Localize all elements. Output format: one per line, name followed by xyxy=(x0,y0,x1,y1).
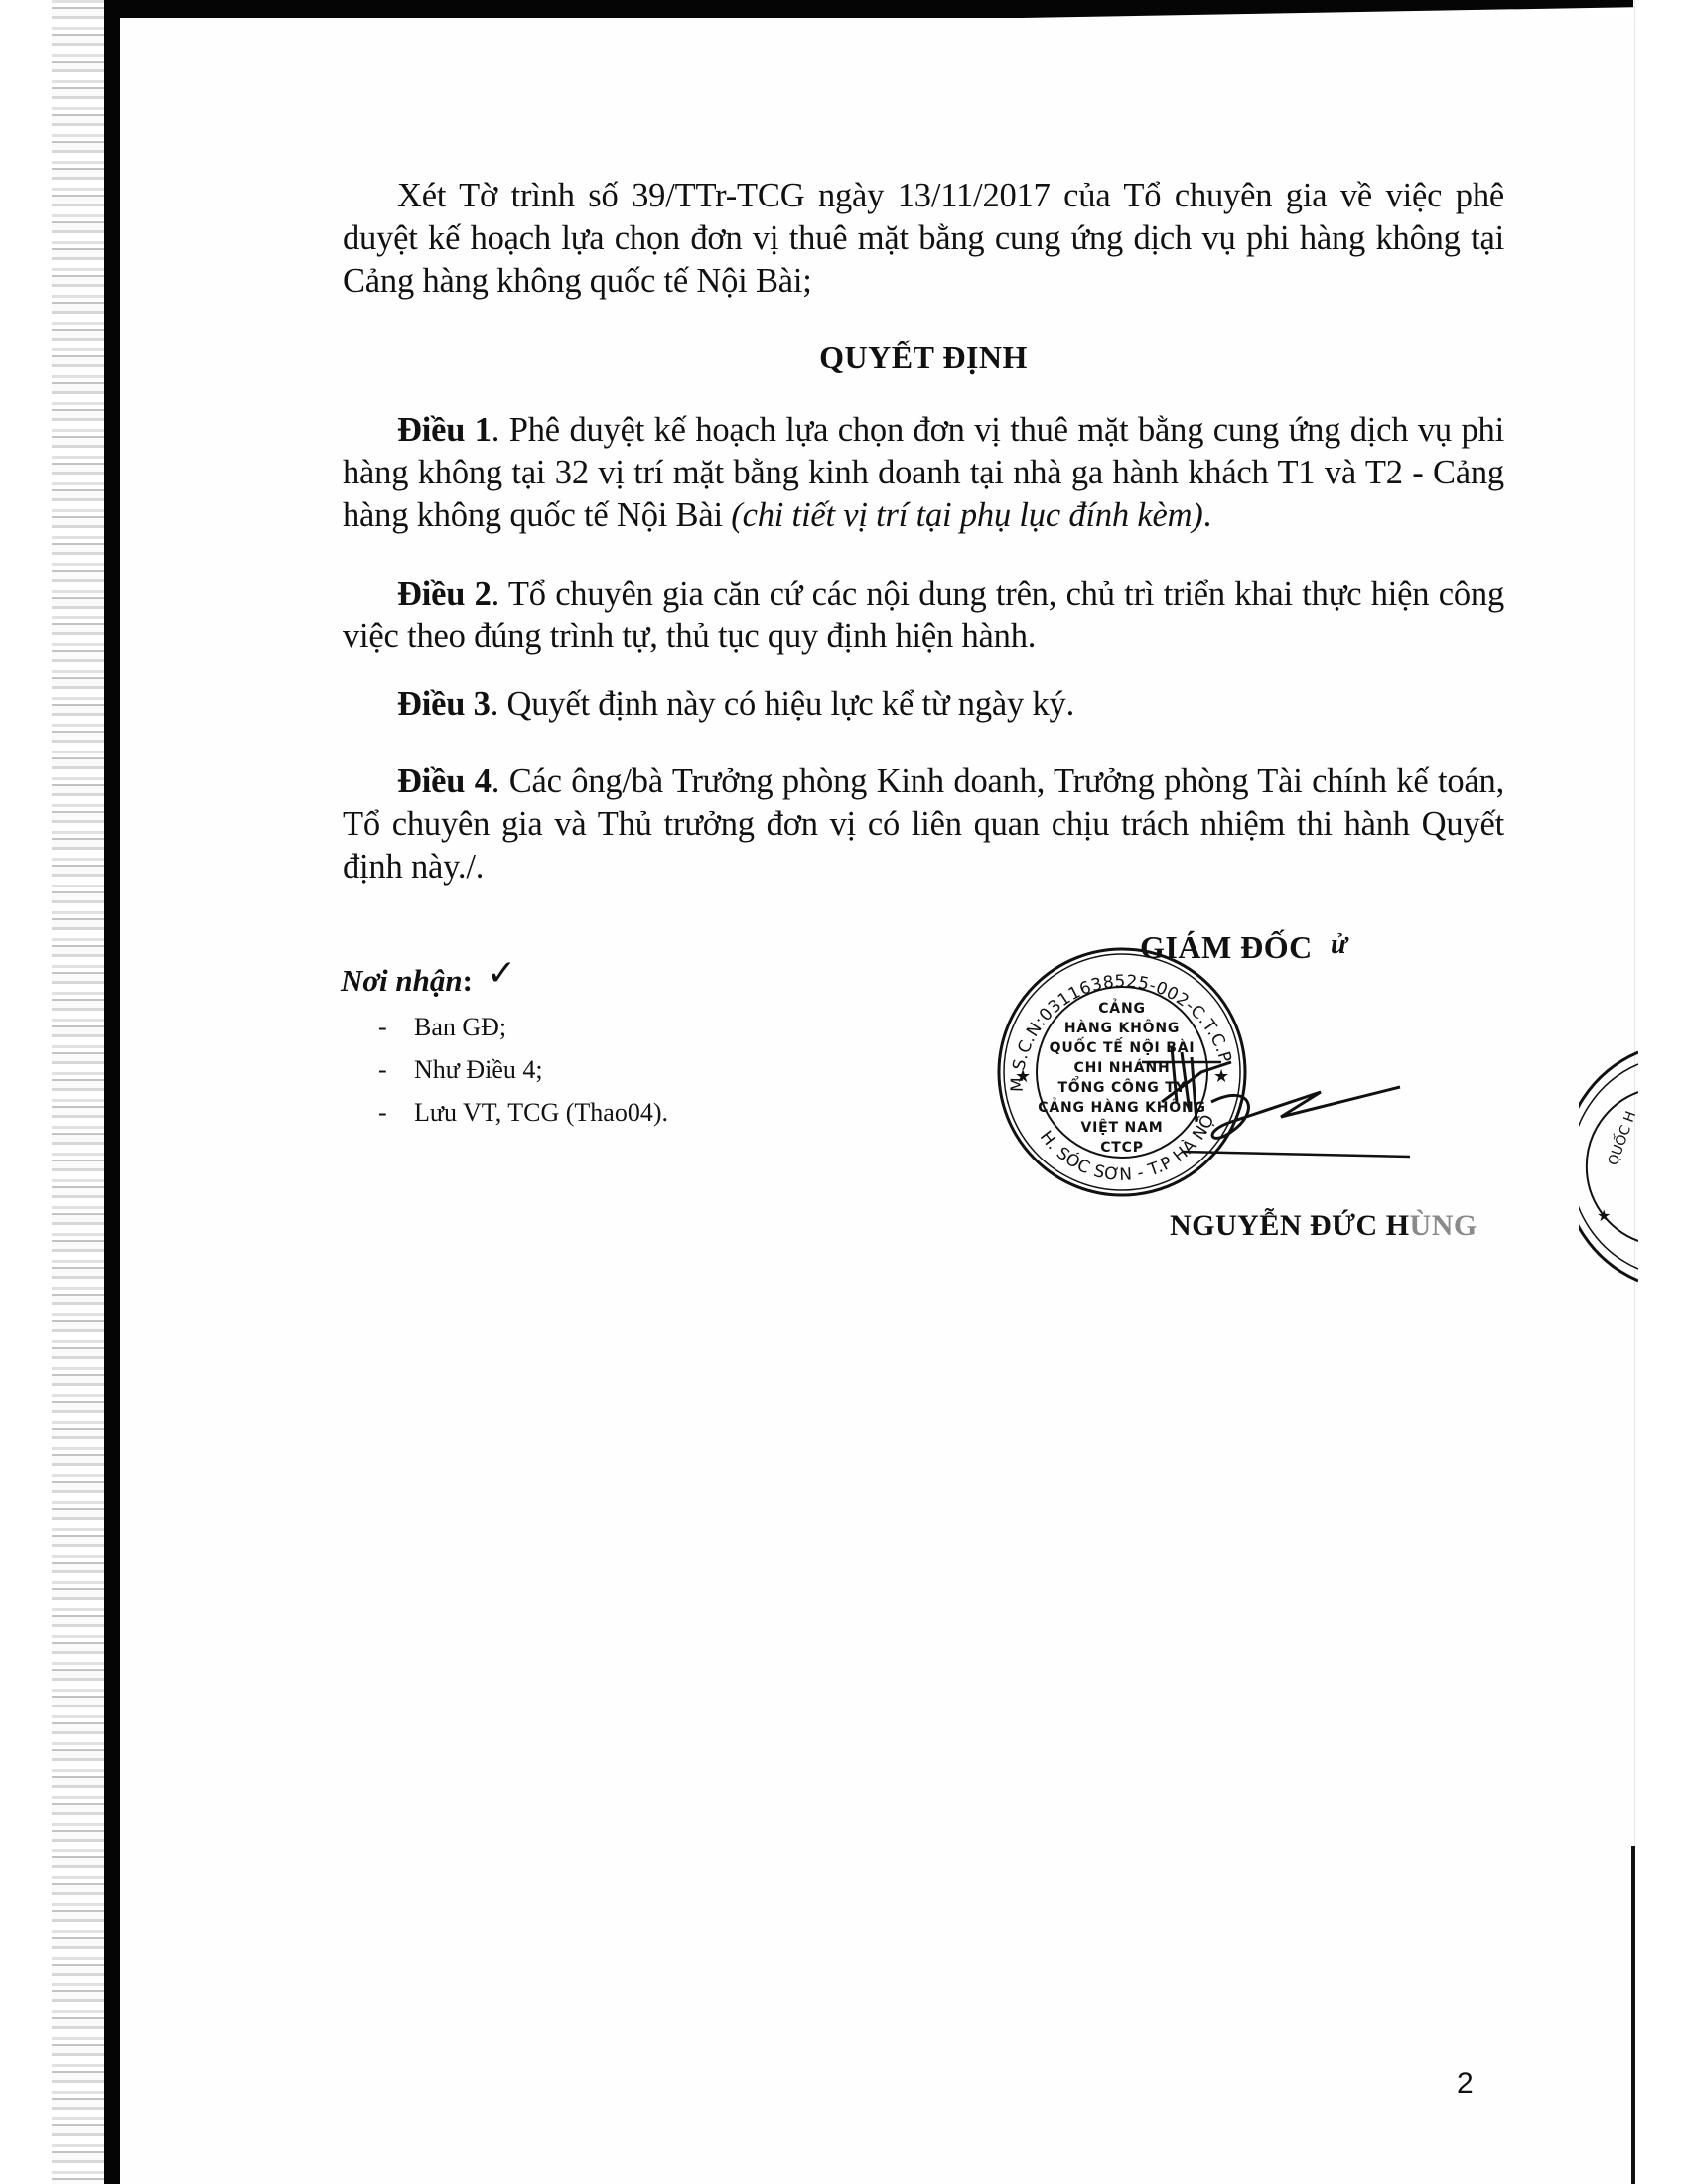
article-1: Điều 1. Phê duyệt kế hoạch lựa chọn đơn … xyxy=(343,409,1504,537)
recipient-item: Lưu VT, TCG (Thao04). xyxy=(378,1091,668,1134)
article-4-label: Điều 4 xyxy=(397,762,492,800)
recipient-item: Như Điều 4; xyxy=(378,1048,668,1091)
scan-left-border xyxy=(104,0,120,2184)
scan-right-margin xyxy=(1634,0,1688,2184)
intro-paragraph: Xét Tờ trình số 39/TTr-TCG ngày 13/11/20… xyxy=(343,175,1504,303)
svg-text:CTCP: CTCP xyxy=(1100,1140,1144,1156)
svg-text:HÀNG KHÔNG: HÀNG KHÔNG xyxy=(1064,1019,1180,1036)
svg-text:★: ★ xyxy=(1015,1066,1031,1087)
svg-text:QUỐC H: QUỐC H xyxy=(1603,1108,1638,1167)
article-2-text: . Tổ chuyên gia căn cứ các nội dung trên… xyxy=(343,575,1504,655)
article-1-note: (chi tiết vị trí tại phụ lục đính kèm) xyxy=(731,496,1202,534)
signer-name-faded: ÙNG xyxy=(1410,1209,1477,1242)
article-3-label: Điều 3 xyxy=(397,685,491,723)
decision-title: QUYẾT ĐỊNH xyxy=(343,340,1504,376)
recipient-item: Ban GĐ; xyxy=(378,1006,668,1048)
recipients-colon: : xyxy=(463,963,473,998)
scan-right-border xyxy=(1631,1846,1635,2184)
recipients-heading-text: Nơi nhận xyxy=(341,963,463,998)
handwritten-signature-icon xyxy=(1142,1042,1410,1171)
signer-name: NGUYỄN ĐỨC HÙNG xyxy=(1170,1209,1477,1243)
article-3-text: . Quyết định này có hiệu lực kể từ ngày … xyxy=(491,685,1074,723)
article-1-end: . xyxy=(1203,496,1211,534)
initials-mark: ử xyxy=(1331,929,1347,961)
article-4: Điều 4. Các ông/bà Trưởng phòng Kinh doa… xyxy=(343,760,1504,888)
article-1-label: Điều 1 xyxy=(397,411,492,449)
scan-top-border xyxy=(104,0,1633,18)
partial-stamp-icon: ★ QUỐC H xyxy=(1579,1032,1638,1291)
checkmark-icon: ✓ xyxy=(487,953,516,994)
recipients-list: Ban GĐ; Như Điều 4; Lưu VT, TCG (Thao04)… xyxy=(378,1006,668,1134)
page-number: 2 xyxy=(1457,2067,1474,2101)
article-3: Điều 3. Quyết định này có hiệu lực kể từ… xyxy=(343,683,1504,726)
svg-text:★: ★ xyxy=(1597,1206,1611,1225)
recipients-block: Nơi nhận: ✓ Ban GĐ; Như Điều 4; Lưu VT, … xyxy=(341,959,668,1134)
scan-edge-texture xyxy=(52,0,106,2184)
article-2: Điều 2. Tổ chuyên gia căn cứ các nội dun… xyxy=(343,573,1504,658)
svg-text:CẢNG: CẢNG xyxy=(1098,998,1146,1017)
article-4-text: . Các ông/bà Trưởng phòng Kinh doanh, Tr… xyxy=(343,762,1504,886)
article-2-label: Điều 2 xyxy=(397,575,492,613)
intro-text: Xét Tờ trình số 39/TTr-TCG ngày 13/11/20… xyxy=(343,177,1504,300)
recipients-heading: Nơi nhận: xyxy=(341,963,473,999)
signer-name-text: NGUYỄN ĐỨC H xyxy=(1170,1209,1410,1242)
